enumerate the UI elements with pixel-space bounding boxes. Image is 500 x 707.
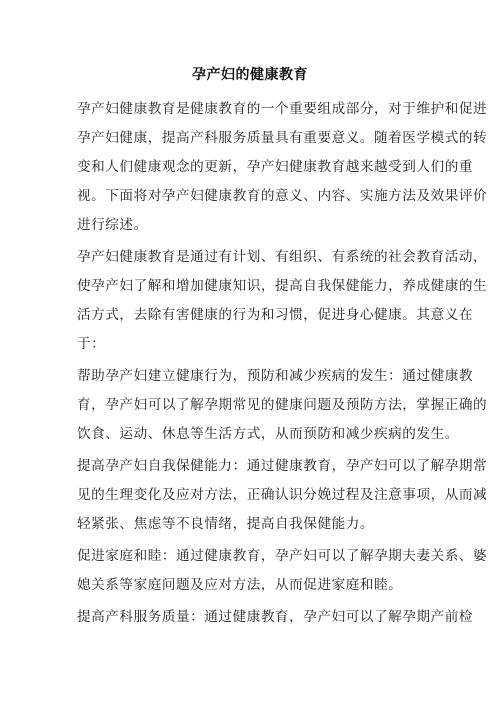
text-line: 帮助孕产妇建立健康行为，预防和减少疾病的发生：通过健康教 bbox=[77, 362, 421, 391]
text-line: 使孕产妇了解和增加健康知识，提高自我保健能力，养成健康的生 bbox=[77, 272, 421, 301]
paragraph-service-quality: 提高产科服务质量：通过健康教育，孕产妇可以了解孕期产前检 bbox=[77, 603, 421, 632]
text-line: 见的生理变化及应对方法，正确认识分娩过程及注意事项，从而减 bbox=[77, 481, 421, 510]
text-line: 孕产妇健康，提高产科服务质量具有重要意义。随着医学模式的转 bbox=[77, 124, 421, 153]
text-line: 活方式，去除有害健康的行为和习惯，促进身心健康。其意义在 bbox=[77, 301, 421, 330]
text-line: 饮食、运动、休息等生活方式，从而预防和减少疾病的发生。 bbox=[77, 420, 421, 449]
text-line: 孕产妇健康教育是健康教育的一个重要组成部分，对于维护和促进 bbox=[77, 95, 421, 124]
paragraph-family-harmony: 促进家庭和睦：通过健康教育，孕产妇可以了解孕期夫妻关系、婆 媳关系等家庭问题及应… bbox=[77, 542, 421, 600]
text-line: 孕产妇健康教育是通过有计划、有组织、有系统的社会教育活动， bbox=[77, 243, 421, 272]
paragraph-self-care: 提高孕产妇自我保健能力：通过健康教育，孕产妇可以了解孕期常 见的生理变化及应对方… bbox=[77, 452, 421, 539]
text-line: 提高产科服务质量：通过健康教育，孕产妇可以了解孕期产前检 bbox=[77, 603, 421, 632]
document-body: 孕产妇健康教育是健康教育的一个重要组成部分，对于维护和促进 孕产妇健康，提高产科… bbox=[77, 95, 421, 635]
text-line: 变和人们健康观念的更新，孕产妇健康教育越来越受到人们的重 bbox=[77, 153, 421, 182]
text-line: 进行综述。 bbox=[77, 211, 421, 240]
text-line: 媳关系等家庭问题及应对方法，从而促进家庭和睦。 bbox=[77, 571, 421, 600]
text-line: 提高孕产妇自我保健能力：通过健康教育，孕产妇可以了解孕期常 bbox=[77, 452, 421, 481]
document-title: 孕产妇的健康教育 bbox=[0, 64, 500, 84]
paragraph-healthy-behavior: 帮助孕产妇建立健康行为，预防和减少疾病的发生：通过健康教 育，孕产妇可以了解孕期… bbox=[77, 362, 421, 449]
paragraph-definition: 孕产妇健康教育是通过有计划、有组织、有系统的社会教育活动， 使孕产妇了解和增加健… bbox=[77, 243, 421, 359]
document-page: 孕产妇的健康教育 孕产妇健康教育是健康教育的一个重要组成部分，对于维护和促进 孕… bbox=[0, 0, 500, 707]
text-line: 育，孕产妇可以了解孕期常见的健康问题及预防方法，掌握正确的 bbox=[77, 391, 421, 420]
text-line: 促进家庭和睦：通过健康教育，孕产妇可以了解孕期夫妻关系、婆 bbox=[77, 542, 421, 571]
text-line: 视。下面将对孕产妇健康教育的意义、内容、实施方法及效果评价 bbox=[77, 182, 421, 211]
text-line: 于： bbox=[77, 330, 421, 359]
paragraph-intro: 孕产妇健康教育是健康教育的一个重要组成部分，对于维护和促进 孕产妇健康，提高产科… bbox=[77, 95, 421, 240]
text-line: 轻紧张、焦虑等不良情绪，提高自我保健能力。 bbox=[77, 510, 421, 539]
